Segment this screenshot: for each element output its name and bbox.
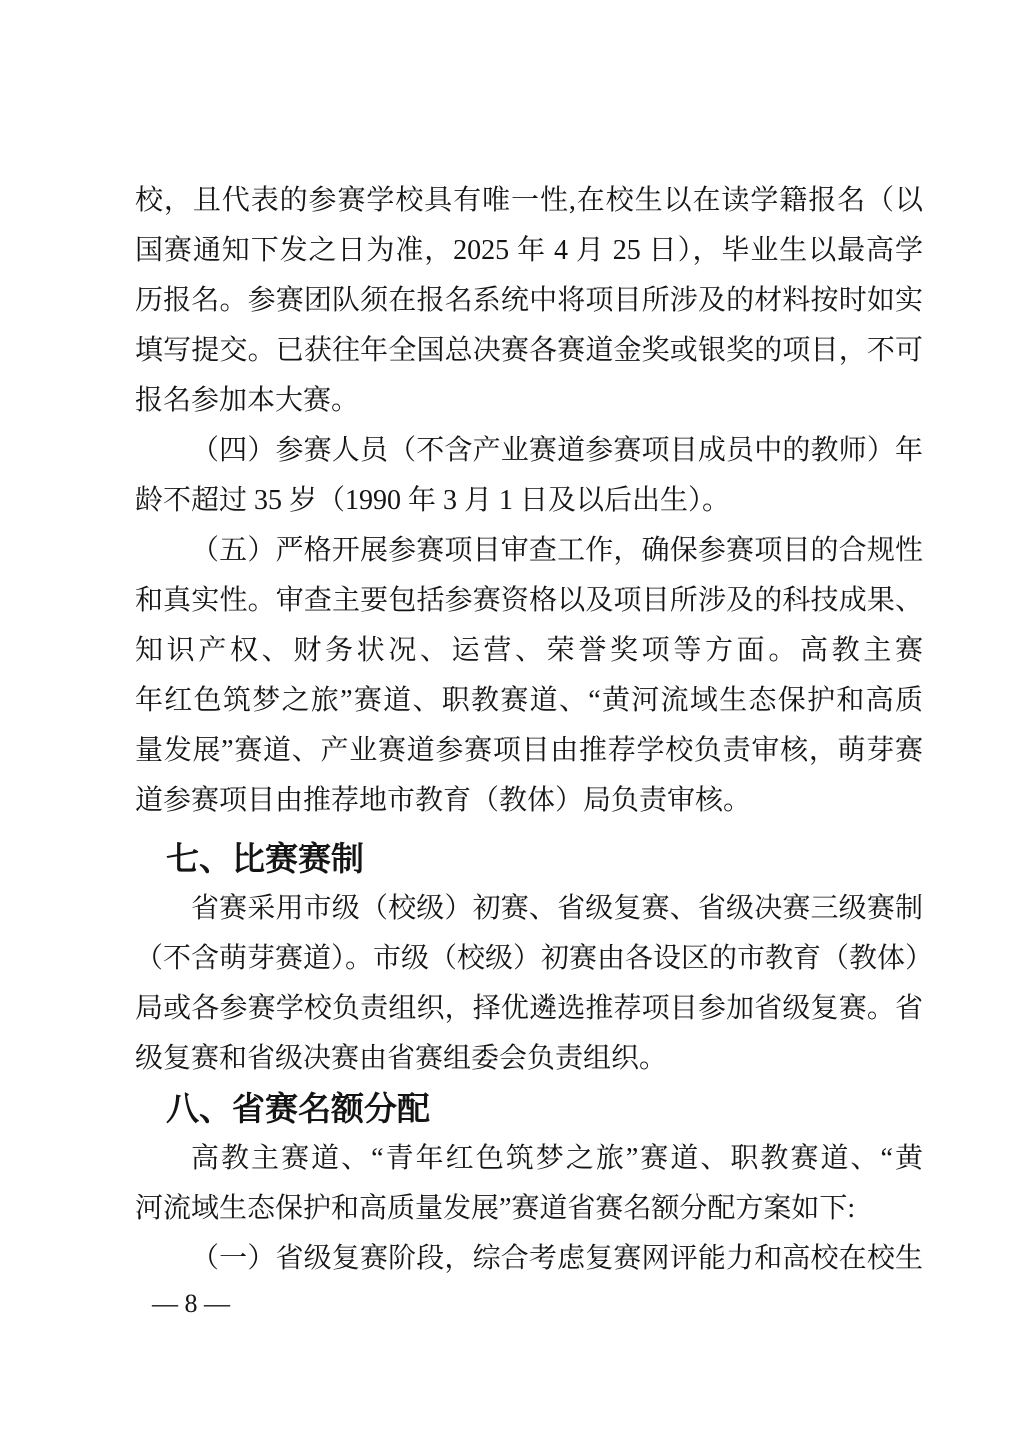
- text-line: 河流域生态保护和高质量发展”赛道省赛名额分配方案如下:: [135, 1184, 923, 1234]
- text-line: 量发展”赛道、产业赛道参赛项目由推荐学校负责审核，萌芽赛: [135, 726, 923, 776]
- text-line: 历报名。参赛团队须在报名系统中将项目所涉及的材料按时如实: [135, 276, 923, 326]
- text-line: 报名参加本大赛。: [135, 376, 923, 426]
- text-line: （不含萌芽赛道）。市级（校级）初赛由各设区的市教育（教体）: [135, 934, 923, 984]
- text-line: 填写提交。已获往年全国总决赛各赛道金奖或银奖的项目，不可: [135, 326, 923, 376]
- text-line: 校，且代表的参赛学校具有唯一性,在校生以在读学籍报名（以: [135, 176, 923, 226]
- text-line: 龄不超过 35 岁（1990 年 3 月 1 日及以后出生）。: [135, 476, 923, 526]
- text-line: 年红色筑梦之旅”赛道、职教赛道、“黄河流域生态保护和高质: [135, 676, 923, 726]
- paragraph-eligibility-continued: 校，且代表的参赛学校具有唯一性,在校生以在读学籍报名（以 国赛通知下发之日为准，…: [135, 176, 923, 426]
- text-line: 高教主赛道、“青年红色筑梦之旅”赛道、职教赛道、“黄: [135, 1134, 923, 1184]
- text-line: 道参赛项目由推荐地市教育（教体）局负责审核。: [135, 776, 923, 826]
- text-line: 级复赛和省级决赛由省赛组委会负责组织。: [135, 1034, 923, 1084]
- document-body: 校，且代表的参赛学校具有唯一性,在校生以在读学籍报名（以 国赛通知下发之日为准，…: [135, 176, 923, 1284]
- document-page: 校，且代表的参赛学校具有唯一性,在校生以在读学籍报名（以 国赛通知下发之日为准，…: [0, 0, 1024, 1448]
- paragraph-item-one: （一）省级复赛阶段，综合考虑复赛网评能力和高校在校生: [135, 1234, 923, 1284]
- paragraph-quota-intro: 高教主赛道、“青年红色筑梦之旅”赛道、职教赛道、“黄 河流域生态保护和高质量发展…: [135, 1134, 923, 1234]
- text-line: （四）参赛人员（不含产业赛道参赛项目成员中的教师）年: [135, 426, 923, 476]
- text-line: 省赛采用市级（校级）初赛、省级复赛、省级决赛三级赛制: [135, 884, 923, 934]
- paragraph-item-five: （五）严格开展参赛项目审查工作，确保参赛项目的合规性 和真实性。审查主要包括参赛…: [135, 526, 923, 826]
- paragraph-competition-format: 省赛采用市级（校级）初赛、省级复赛、省级决赛三级赛制 （不含萌芽赛道）。市级（校…: [135, 884, 923, 1084]
- section-heading-competition-format: 七、比赛赛制: [166, 834, 923, 884]
- text-line: 局或各参赛学校负责组织，择优遴选推荐项目参加省级复赛。省: [135, 984, 923, 1034]
- section-heading-quota-allocation: 八、省赛名额分配: [166, 1084, 923, 1134]
- page-number: — 8 —: [152, 1288, 230, 1320]
- text-line: 和真实性。审查主要包括参赛资格以及项目所涉及的科技成果、: [135, 576, 923, 626]
- text-line: 国赛通知下发之日为准，2025 年 4 月 25 日），毕业生以最高学: [135, 226, 923, 276]
- text-line: （五）严格开展参赛项目审查工作，确保参赛项目的合规性: [135, 526, 923, 576]
- text-line: （一）省级复赛阶段，综合考虑复赛网评能力和高校在校生: [135, 1234, 923, 1284]
- paragraph-item-four: （四）参赛人员（不含产业赛道参赛项目成员中的教师）年 龄不超过 35 岁（199…: [135, 426, 923, 526]
- text-line: 知识产权、财务状况、运营、荣誉奖项等方面。高教主赛道、“青: [135, 626, 923, 676]
